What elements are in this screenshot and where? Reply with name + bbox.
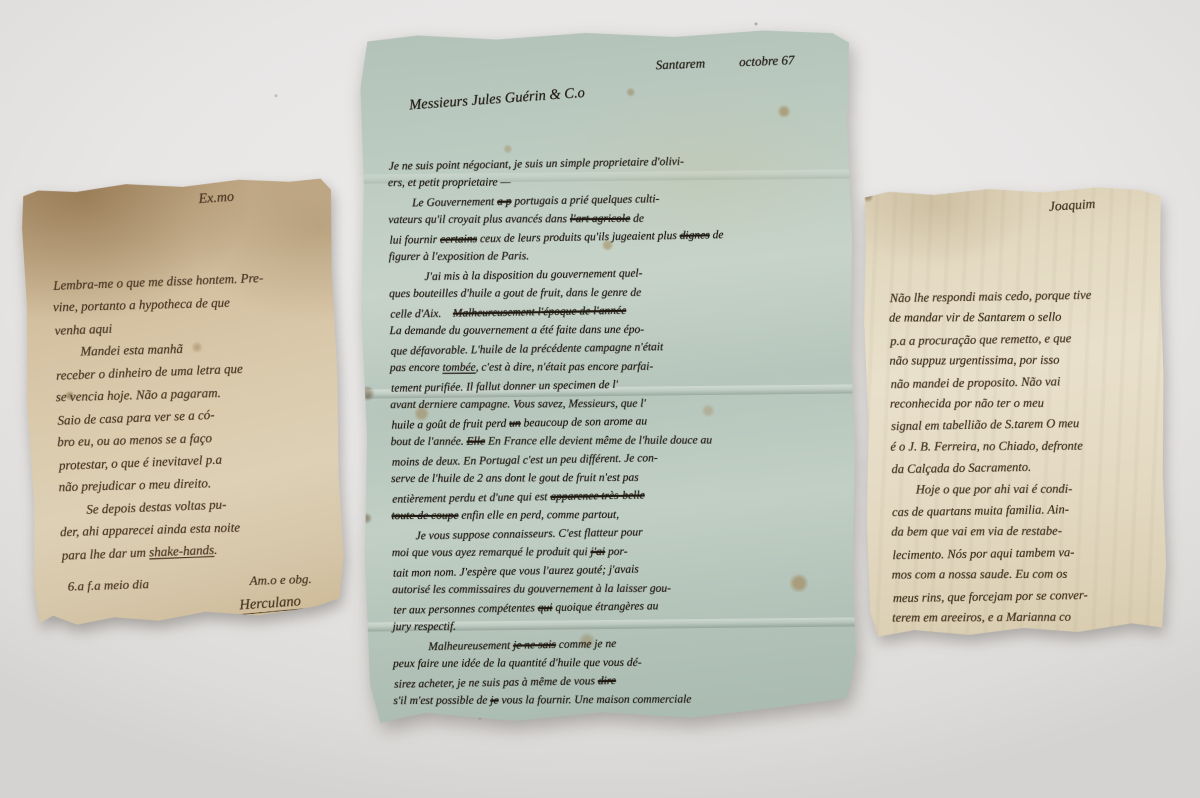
- photo-of-three-letters: Ex.mo Lembra-me o que me disse hontem. P…: [0, 0, 1200, 798]
- handwriting-line: não suppuz urgentissima, por isso: [889, 349, 1155, 372]
- center-letter-place: Santarem: [656, 56, 706, 74]
- right-letter-salutation: Joaquim: [1049, 196, 1096, 215]
- left-letter-signature-row: 6.a f.a meio dia Am.o e obg.: [68, 571, 312, 595]
- left-letter: Ex.mo Lembra-me o que me disse hontem. P…: [19, 174, 347, 628]
- handwriting-line: Hoje o que por ahi vai é condi-: [891, 478, 1157, 501]
- left-letter-closing: Am.o e obg.: [249, 571, 312, 589]
- handwriting-line: da bem que vai em via de restabe-: [891, 521, 1157, 544]
- right-letter: Joaquim Não lhe respondi mais cedo, porq…: [862, 184, 1169, 639]
- center-letter-paper: Santarem octobre 67 Messieurs Jules Guér…: [358, 27, 859, 726]
- left-letter-paper: Ex.mo Lembra-me o que me disse hontem. P…: [19, 174, 347, 628]
- center-letter-body: Je ne suis point négociant, je suis un s…: [388, 152, 848, 712]
- left-letter-body: Lembra-me o que me disse hontem. Pre-vin…: [52, 265, 335, 566]
- handwriting-line: signal em tabellião de S.tarem O meu: [891, 412, 1157, 438]
- right-letter-paper: Joaquim Não lhe respondi mais cedo, porq…: [862, 184, 1169, 639]
- handwriting-line: s'il m'est possible de je vous la fourni…: [393, 689, 847, 710]
- handwriting-line: de mandar vir de Santarem o sello: [889, 307, 1155, 330]
- left-letter-dateline: 6.a f.a meio dia: [68, 576, 150, 595]
- right-letter-body: Não lhe respondi mais cedo, porque tived…: [889, 285, 1159, 630]
- center-letter-addressee: Messieurs Jules Guérin & C.o: [409, 85, 586, 115]
- handwriting-line: mos com a nossa saude. Eu com os: [892, 563, 1158, 586]
- handwriting-line: meus rins, que forcejam por se conver-: [893, 583, 1159, 609]
- handwriting-line: terem em areeiros, e a Marianna co: [892, 606, 1158, 629]
- center-letter: Santarem octobre 67 Messieurs Jules Guér…: [358, 27, 859, 726]
- left-letter-salutation: Ex.mo: [198, 190, 234, 208]
- handwriting-line: da Calçada do Sacramento.: [891, 455, 1157, 481]
- center-letter-dateline: Santarem octobre 67: [656, 52, 795, 73]
- center-letter-date: octobre 67: [739, 52, 795, 70]
- left-letter-signature: Herculano: [238, 593, 300, 614]
- handwriting-line: não mandei de proposito. Não vai: [891, 369, 1157, 395]
